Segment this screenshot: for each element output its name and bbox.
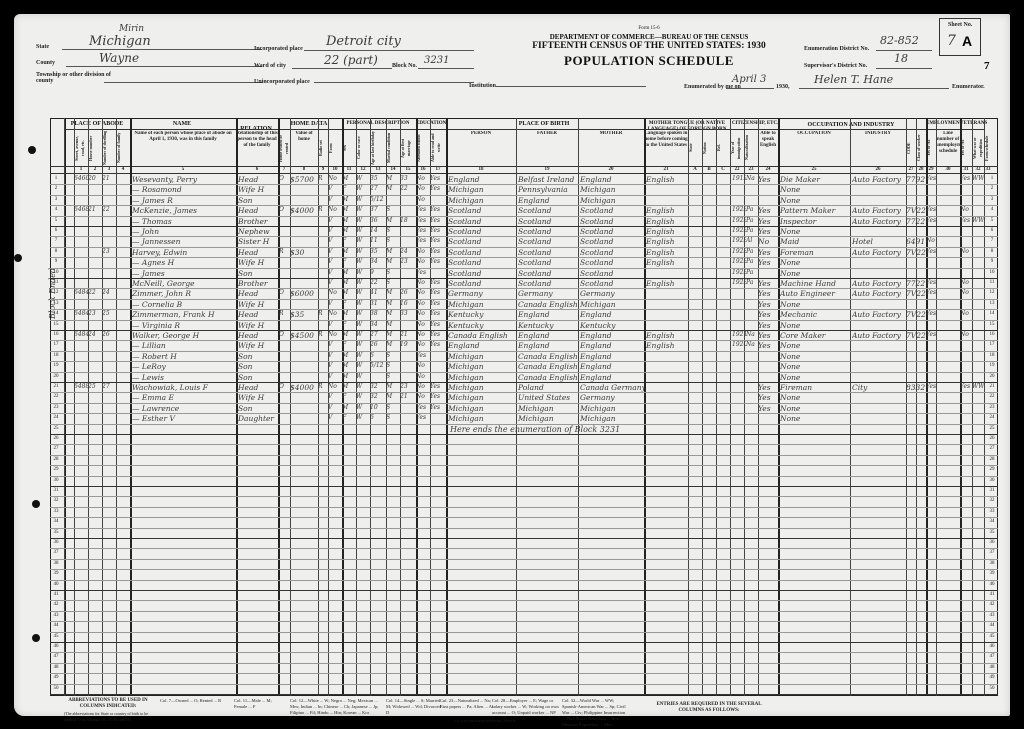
cell-name: — Thomas	[132, 217, 236, 226]
line-number: 42	[986, 602, 998, 607]
column-header-17: Able to read and write	[430, 131, 446, 165]
cell-school: Yes	[416, 404, 430, 411]
column-number-11: 11	[342, 167, 356, 173]
cell-race: W	[356, 269, 370, 276]
column-number-2: 2	[88, 167, 102, 173]
cell-eng: Yes	[758, 258, 778, 267]
cell-immig: 1912	[732, 175, 746, 182]
cell-industry: Auto Factory	[852, 279, 906, 288]
cell-birth-father: Scotland	[518, 269, 578, 278]
line-number: 16	[986, 332, 998, 337]
cell-radio: R	[318, 175, 328, 182]
state-value: Michigan	[89, 34, 151, 49]
cell-radio: R	[318, 383, 328, 390]
column-number-9: 9	[318, 167, 328, 173]
line-number: 44	[986, 623, 998, 628]
cell-birth-mother: Kentucky	[580, 321, 644, 330]
cell-age: 27	[370, 331, 386, 338]
line-number: 25	[50, 426, 62, 431]
column-header-20: MOTHER	[578, 131, 644, 165]
cell-nat: Pa	[746, 269, 758, 276]
cell-marital: M	[386, 341, 400, 348]
line-number: 50	[986, 686, 998, 691]
cell-birth-father: Canada English	[518, 300, 578, 309]
cell-read: Yes	[430, 393, 446, 400]
line-number: 2	[986, 186, 998, 191]
cell-marital: M	[386, 217, 400, 224]
cell-birth-father: Scotland	[518, 279, 578, 288]
cell-occupation: None	[780, 341, 850, 350]
sheet-side: A	[962, 33, 972, 49]
cell-dwelling: 25	[88, 383, 102, 390]
line-number: 35	[50, 530, 62, 535]
cell-language: English	[646, 217, 688, 226]
cell-birth-father: Scotland	[518, 217, 578, 226]
column-header-3: Number of dwelling	[102, 131, 116, 165]
unincorporated-label: Unincorporated place	[254, 79, 310, 85]
cell-birth-person: Scotland	[448, 279, 516, 288]
column-number-5: 5	[130, 167, 236, 173]
cell-sex: M	[342, 227, 356, 234]
cell-veteran: Yes	[960, 217, 972, 224]
column-header-27: CODE	[906, 131, 916, 165]
line-number: 23	[50, 405, 62, 410]
cell-language: English	[646, 331, 688, 340]
cell-relation: Head	[238, 206, 278, 215]
column-header-28: Class of worker	[916, 131, 926, 165]
column-number-16: 16	[416, 167, 430, 173]
line-number: 18	[986, 353, 998, 358]
line-number: 40	[986, 582, 998, 587]
cell-race: W	[356, 175, 370, 182]
column-number-10: 10	[328, 167, 342, 173]
cell-name: — Lawrence	[132, 404, 236, 413]
cell-language: English	[646, 237, 688, 246]
cell-immig: 1921	[732, 331, 746, 338]
cell-occupation: Core Maker	[780, 331, 850, 340]
cell-relation: Nephew	[238, 227, 278, 236]
cell-birth-father: Scotland	[518, 237, 578, 246]
cell-nat: Pa	[746, 206, 758, 213]
cell-occupation: None	[780, 269, 850, 278]
cell-marital: S	[386, 279, 400, 286]
cell-sex: M	[342, 383, 356, 390]
line-number: 39	[986, 571, 998, 576]
institution-label: Institution	[469, 83, 496, 89]
cell-age-married: 19	[400, 341, 416, 348]
cell-birth-mother: Michigan	[580, 196, 644, 205]
cell-relation: Brother	[238, 279, 278, 288]
line-number: 19	[986, 363, 998, 368]
cell-birth-mother: Scotland	[580, 206, 644, 215]
cell-school: Yes	[416, 237, 430, 244]
footer-col7: Col. 7—Owned ... O; Rented ... R	[160, 698, 230, 704]
cell-occupation: None	[780, 404, 850, 413]
cell-farm: V	[328, 227, 342, 234]
cell-occupation: Die Maker	[780, 175, 850, 184]
cell-immig: 1923	[732, 258, 746, 265]
cell-birth-father: Michigan	[518, 414, 578, 423]
cell-birth-mother: Germany	[580, 393, 644, 402]
cell-read: Yes	[430, 289, 446, 296]
cell-farm: No	[328, 289, 342, 296]
cell-industry: Auto Factory	[852, 248, 906, 257]
line-number: 18	[50, 353, 62, 358]
line-number: 3	[50, 197, 62, 202]
cell-age: 36	[370, 217, 386, 224]
column-header-B: Nation	[702, 131, 716, 165]
state-annotation: Mirin	[119, 24, 144, 34]
cell-sex: F	[342, 393, 356, 400]
line-number: 9	[50, 259, 62, 264]
cell-farm: V	[328, 300, 342, 307]
cell-marital: M	[386, 248, 400, 255]
cell-marital: S	[386, 237, 400, 244]
cell-race: W	[356, 310, 370, 317]
line-number: 21	[986, 384, 998, 389]
sheet-number: 7	[947, 33, 956, 49]
cell-sex: F	[342, 341, 356, 348]
cell-name: — Esther V	[132, 414, 236, 423]
column-header-25: OCCUPATION	[778, 131, 850, 165]
cell-eng: Yes	[758, 279, 778, 288]
cell-house: 6468	[74, 206, 88, 213]
cell-value: $5700	[290, 175, 318, 184]
cell-code: 7722 V	[906, 217, 926, 226]
cell-race: W	[356, 279, 370, 286]
cell-language: English	[646, 258, 688, 267]
column-number-19: 19	[516, 167, 578, 173]
line-number: 36	[50, 540, 62, 545]
cell-race: W	[356, 393, 370, 400]
footer-col12: Col. 12—White ... W; Negro ... Neg; Mexi…	[290, 698, 380, 716]
cell-race: W	[356, 196, 370, 203]
cell-sex: M	[342, 217, 356, 224]
cell-school: Yes	[416, 414, 430, 421]
cell-school: No	[416, 321, 430, 328]
column-header-9: Radio set	[318, 131, 328, 165]
cell-birth-mother: England	[580, 341, 644, 350]
cell-eng: Yes	[758, 175, 778, 184]
abbreviations-title: ABBREVIATIONS TO BE USED IN COLUMNS INDI…	[64, 698, 152, 710]
cell-birth-mother: England	[580, 175, 644, 184]
cell-age: 41	[370, 289, 386, 296]
cell-sex: M	[342, 404, 356, 411]
cell-employed: Yes	[926, 331, 936, 338]
cell-birth-father: Pennsylvania	[518, 185, 578, 194]
cell-dwelling: 20	[88, 175, 102, 182]
cell-farm: No	[328, 175, 342, 182]
line-number: 34	[50, 519, 62, 524]
cell-race: W	[356, 321, 370, 328]
line-number: 50	[50, 686, 62, 691]
enumerated-date: April 3	[732, 74, 766, 85]
enum-district-label: Enumeration District No.	[804, 46, 869, 52]
block-end-note: Here ends the enumeration of Block 3231	[450, 425, 620, 434]
cell-age: 26	[370, 341, 386, 348]
cell-language: English	[646, 341, 688, 350]
cell-eng: Yes	[758, 227, 778, 236]
line-number: 45	[50, 634, 62, 639]
line-number: 11	[50, 280, 62, 285]
cell-age: 14	[370, 227, 386, 234]
cell-birth-father: Poland	[518, 383, 578, 392]
cell-birth-mother: Scotland	[580, 269, 644, 278]
cell-birth-father: Scotland	[518, 227, 578, 236]
state-label: State	[36, 44, 49, 50]
cell-family: 21	[102, 175, 116, 182]
cell-race: W	[356, 206, 370, 213]
cell-age-married: 33	[400, 310, 416, 317]
line-number: 31	[50, 488, 62, 493]
line-number: 46	[986, 644, 998, 649]
cell-occupation: Machine Hand	[780, 279, 850, 288]
cell-employed: Yes	[926, 289, 936, 296]
cell-birth-person: Kentucky	[448, 310, 516, 319]
cell-relation: Son	[238, 196, 278, 205]
cell-code: 7V22	[906, 248, 926, 257]
cell-language: English	[646, 248, 688, 257]
group-home-data: HOME DATA	[278, 121, 340, 127]
cell-relation: Sister H	[238, 237, 278, 246]
cell-age: 38	[370, 310, 386, 317]
group-citizenship: CITIZENSHIP, ETC.	[732, 121, 776, 126]
line-number: 7	[50, 238, 62, 243]
cell-eng: Yes	[758, 248, 778, 257]
enumerator-name: Helen T. Hane	[814, 73, 893, 86]
cell-immig: 1923	[732, 279, 746, 286]
cell-farm: V	[328, 269, 342, 276]
cell-birth-father: Scotland	[518, 206, 578, 215]
cell-eng: Yes	[758, 300, 778, 309]
column-header-15: Age at first marriage	[400, 131, 416, 165]
cell-birth-person: Scotland	[448, 206, 516, 215]
cell-code: 7792 V	[906, 175, 926, 184]
ward-value: 22 (part)	[324, 53, 378, 67]
cell-family: 23	[102, 248, 116, 255]
cell-birth-person: Michigan	[448, 352, 516, 361]
cell-marital: S	[386, 206, 400, 213]
cell-birth-father: England	[518, 341, 578, 350]
line-number: 24	[50, 415, 62, 420]
cell-name: Zimmer, John R	[132, 289, 236, 298]
line-number: 28	[50, 457, 62, 462]
line-number: 17	[986, 342, 998, 347]
cell-school: No	[416, 196, 430, 203]
cell-code: 7V22	[906, 331, 926, 340]
column-header-12: Color or race	[356, 131, 370, 165]
supervisor-district-label: Supervisor's District No.	[804, 63, 867, 69]
incorporated-label: Incorporated place	[254, 46, 303, 52]
cell-industry: Auto Factory	[852, 206, 906, 215]
cell-age: 31	[370, 300, 386, 307]
cell-marital: M	[386, 175, 400, 182]
cell-race: W	[356, 237, 370, 244]
line-number: 49	[50, 675, 62, 680]
line-number: 32	[986, 498, 998, 503]
cell-farm: V	[328, 237, 342, 244]
line-number: 8	[50, 249, 62, 254]
column-header-32: What war or expedition	[972, 131, 984, 165]
cell-occupation: None	[780, 300, 850, 309]
cell-birth-mother: Scotland	[580, 279, 644, 288]
cell-farm: V	[328, 373, 342, 380]
cell-school: No	[416, 258, 430, 265]
cell-owned: O	[279, 175, 290, 182]
cell-read: Yes	[430, 217, 446, 224]
cell-nat: Pa	[746, 248, 758, 255]
cell-relation: Head	[238, 383, 278, 392]
ward-label: Ward of city	[254, 63, 286, 69]
column-header-14: Marital condition	[386, 131, 400, 165]
cell-eng: Yes	[758, 310, 778, 319]
line-number: 8	[986, 249, 998, 254]
cell-dwelling: 23	[88, 310, 102, 317]
line-number: 15	[50, 322, 62, 327]
cell-birth-father: Canada English	[518, 352, 578, 361]
line-number: 38	[986, 561, 998, 566]
column-header-23: Naturalization	[744, 131, 758, 165]
cell-nat: Pa	[746, 279, 758, 286]
binding-hole	[14, 254, 22, 262]
cell-occupation: None	[780, 362, 850, 371]
line-number: 37	[986, 550, 998, 555]
footer-col28: Col. 28—Employer ... E; Wage or salary w…	[492, 698, 562, 716]
printer-line: U.S. GOVERNMENT PRINTING OFFICE	[454, 718, 554, 724]
cell-industry: Hotel	[852, 237, 906, 246]
cell-birth-person: Germany	[448, 289, 516, 298]
line-number: 41	[50, 592, 62, 597]
cell-name: — Agnes H	[132, 258, 236, 267]
cell-farm: No	[328, 206, 342, 213]
line-number: 36	[986, 540, 998, 545]
line-number: 9	[986, 259, 998, 264]
cell-veteran: No	[960, 206, 972, 213]
cell-eng: Yes	[758, 289, 778, 298]
cell-nat: Na	[746, 331, 758, 338]
column-number-15: 15	[400, 167, 416, 173]
cell-immig: 1923	[732, 248, 746, 255]
line-number: 40	[50, 582, 62, 587]
cell-birth-person: Scotland	[448, 217, 516, 226]
cell-eng: Yes	[758, 383, 778, 392]
cell-house: 6484	[74, 289, 88, 296]
sheet-label: Sheet No.	[948, 22, 972, 28]
cell-occupation: None	[780, 373, 850, 382]
group-employment: EMPLOYMENT	[926, 121, 960, 126]
cell-name: Walker, George H	[132, 331, 236, 340]
column-number-21: 21	[644, 167, 688, 173]
cell-code: 7V22	[906, 206, 926, 215]
cell-farm: V	[328, 217, 342, 224]
column-number-26: 26	[850, 167, 906, 173]
cell-marital: S	[386, 269, 400, 276]
cell-eng: Yes	[758, 321, 778, 330]
column-number-8: 8	[290, 167, 318, 173]
block-label: Block No.	[392, 63, 417, 69]
cell-relation: Head	[238, 289, 278, 298]
cell-industry: Auto Factory	[852, 217, 906, 226]
cell-age: 6	[370, 352, 386, 359]
line-number: 39	[50, 571, 62, 576]
cell-birth-person: Michigan	[448, 185, 516, 194]
group-place-of-abode: PLACE OF ABODE	[66, 121, 128, 127]
cell-veteran: No	[960, 310, 972, 317]
cell-school: No	[416, 362, 430, 369]
column-number-22: 22	[730, 167, 744, 173]
sheet-number-box: Sheet No. 7 A	[939, 18, 981, 56]
cell-name: — James	[132, 269, 236, 278]
cell-age: 27	[370, 185, 386, 192]
line-number: 12	[986, 290, 998, 295]
cell-veteran: Yes	[960, 175, 972, 182]
cell-occupation: None	[780, 414, 850, 423]
column-header-33: Farm schedule	[984, 131, 992, 165]
cell-race: W	[356, 258, 370, 265]
cell-race: W	[356, 352, 370, 359]
cell-occupation: Pattern Maker	[780, 206, 850, 215]
footer-col23: Col. 23—Naturalized ... Na; First papers…	[440, 698, 500, 710]
cell-name: — Emma E	[132, 393, 236, 402]
cell-school: Yes	[416, 206, 430, 213]
cell-read: Yes	[430, 185, 446, 192]
cell-age-married: 26	[400, 289, 416, 296]
cell-farm: V	[328, 393, 342, 400]
cell-industry: Auto Factory	[852, 331, 906, 340]
cell-owned: R	[279, 310, 290, 317]
cell-code: 7722 V	[906, 279, 926, 288]
line-number: 30	[986, 478, 998, 483]
cell-name: — John	[132, 227, 236, 236]
cell-industry: Auto Factory	[852, 289, 906, 298]
line-number: 5	[50, 218, 62, 223]
cell-marital: S	[386, 404, 400, 411]
line-number: 33	[986, 509, 998, 514]
cell-marital: S	[386, 362, 400, 369]
cell-race: W	[356, 362, 370, 369]
cell-name: Wachowiak, Louis F	[132, 383, 236, 392]
column-number-B: B	[702, 167, 716, 173]
cell-age: 35	[370, 175, 386, 182]
cell-age-married: 21	[400, 393, 416, 400]
cell-birth-person: Scotland	[448, 258, 516, 267]
column-header-24: Able to speak English	[758, 131, 778, 165]
cell-veteran: Yes	[960, 383, 972, 390]
cell-age: 34	[370, 321, 386, 328]
enumerated-year: 1930,	[776, 84, 790, 90]
cell-veteran: No	[960, 331, 972, 338]
cell-school: No	[416, 310, 430, 317]
cell-school: No	[416, 383, 430, 390]
cell-age: 10	[370, 404, 386, 411]
cell-immig: 1923	[732, 206, 746, 213]
line-number: 10	[986, 270, 998, 275]
cell-farm: V	[328, 362, 342, 369]
cell-school: No	[416, 373, 430, 380]
line-number: 27	[986, 446, 998, 451]
cell-race: W	[356, 373, 370, 380]
cell-farm: No	[328, 383, 342, 390]
column-number-A: A	[688, 167, 702, 173]
cell-name: McKenzie, James	[132, 206, 236, 215]
cell-farm: V	[328, 341, 342, 348]
cell-house: 6460	[74, 175, 88, 182]
cell-marital: S	[386, 227, 400, 234]
line-number: 46	[50, 644, 62, 649]
cell-birth-father: Belfast Ireland	[518, 175, 578, 184]
cell-birth-mother: England	[580, 362, 644, 371]
column-header-19: FATHER	[516, 131, 578, 165]
